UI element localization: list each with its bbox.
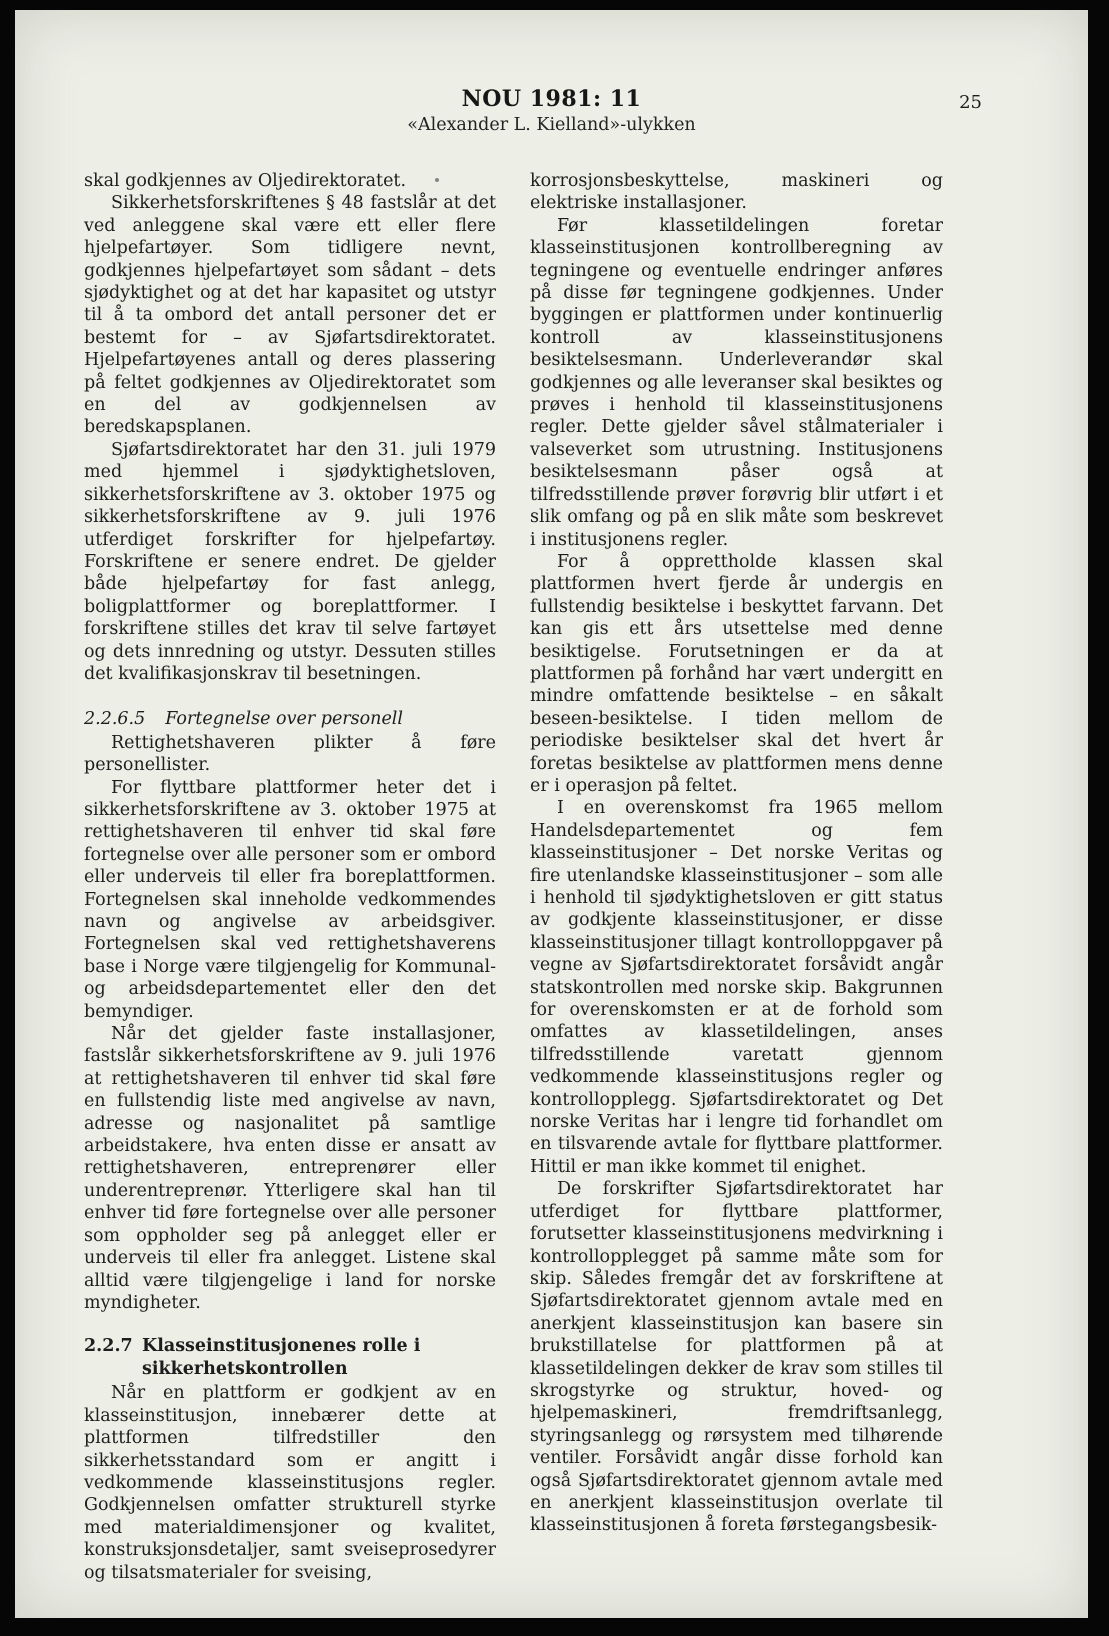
page-header: NOU 1981: 11 «Alexander L. Kielland»-uly… (15, 86, 1088, 135)
document-subtitle: «Alexander L. Kielland»-ulykken (15, 115, 1088, 135)
paragraph: For flyttbare plattformer heter det i si… (84, 777, 496, 1023)
section-heading: 2.2.6.5Fortegnelse over personell (84, 708, 496, 730)
paragraph: Før klassetildelingen foretar klasseinst… (530, 215, 943, 551)
paragraph: I en overenskomst fra 1965 mellom Handel… (530, 797, 943, 1178)
right-column: korrosjonsbeskyttelse, maskineri og elek… (530, 170, 943, 1537)
paragraph: korrosjonsbeskyttelse, maskineri og elek… (530, 170, 943, 215)
paragraph: skal godkjennes av Oljedirektoratet. (84, 170, 496, 192)
paragraph: Sikkerhetsforskriftenes § 48 fastslår at… (84, 192, 496, 438)
paragraph: Rettighetshaveren plikter å føre persone… (84, 732, 496, 777)
section-number: 2.2.6.5 (84, 709, 145, 729)
paragraph: Når en plattform er godkjent av en klass… (84, 1382, 496, 1584)
paragraph: De forskrifter Sjøfartsdirektoratet har … (530, 1178, 943, 1537)
scan-border: NOU 1981: 11 «Alexander L. Kielland»-uly… (0, 0, 1109, 1636)
paragraph: Sjøfartsdirektoratet har den 31. juli 19… (84, 439, 496, 685)
left-column: skal godkjennes av Oljedirektoratet. Sik… (84, 170, 496, 1584)
page-number: 25 (959, 92, 982, 113)
document-page: NOU 1981: 11 «Alexander L. Kielland»-uly… (15, 10, 1088, 1618)
paragraph: Når det gjelder faste installasjoner, fa… (84, 1023, 496, 1314)
section-title: Klasseinstitusjonenes rolle i sikkerhets… (142, 1336, 420, 1379)
scan-speck (435, 178, 439, 182)
document-title: NOU 1981: 11 (15, 86, 1088, 112)
section-number: 2.2.7 (84, 1335, 142, 1358)
section-title: Fortegnelse over personell (165, 709, 403, 729)
section-heading: 2.2.7Klasseinstitusjonenes rolle i sikke… (84, 1335, 496, 1381)
paragraph: For å opprettholde klassen skal plattfor… (530, 551, 943, 797)
